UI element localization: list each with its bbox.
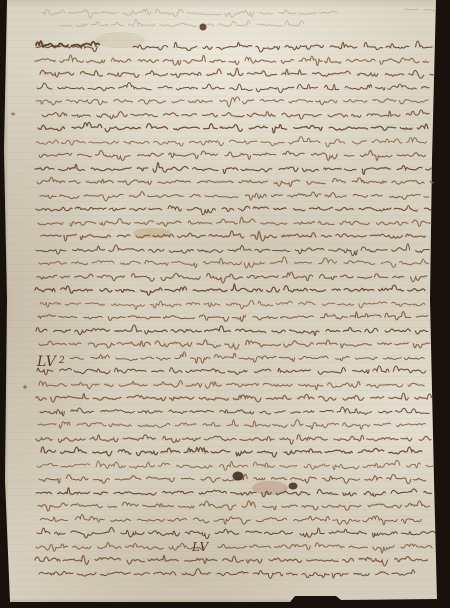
handwriting-line (37, 460, 434, 470)
faded-annotation-line (60, 20, 304, 27)
faded-annotation-line (405, 9, 435, 11)
handwriting-layer: LV2LV (0, 0, 450, 608)
handwriting-line (39, 150, 426, 160)
handwriting-line (36, 244, 429, 256)
handwriting-line (37, 177, 434, 186)
handwriting-line (36, 542, 432, 553)
handwriting-line (41, 447, 422, 457)
handwriting-line (35, 55, 429, 65)
handwriting-line (36, 97, 428, 107)
handwriting-line (38, 312, 428, 322)
handwriting-line (37, 272, 427, 283)
handwriting-line (38, 501, 430, 511)
handwriting-line (38, 217, 431, 226)
legible-fragment: 2 (58, 356, 66, 366)
handwriting-line (35, 555, 428, 565)
handwriting-line (38, 122, 428, 133)
handwriting-line (36, 325, 428, 335)
handwriting-line (70, 352, 424, 363)
handwriting-line (36, 206, 431, 215)
handwriting-line (42, 110, 429, 119)
handwriting-line (35, 284, 425, 295)
handwriting-line (39, 474, 426, 483)
handwriting-line (40, 192, 429, 201)
handwriting-line (36, 136, 427, 147)
ink-blot (289, 483, 298, 490)
opening-flourish (36, 41, 99, 47)
handwriting-line (38, 420, 425, 429)
handwriting-line (40, 68, 435, 78)
handwriting-line (39, 569, 415, 579)
ink-blot (233, 472, 244, 481)
handwriting-line (37, 366, 426, 375)
ink-blot (11, 112, 15, 115)
ink-blot (95, 32, 145, 48)
manuscript-scan: LV2LV (0, 0, 450, 608)
handwriting-line (36, 393, 432, 402)
handwriting-line (36, 488, 431, 497)
handwriting-line (40, 300, 425, 309)
legible-fragment: LV (191, 540, 210, 554)
handwriting-line (40, 407, 429, 416)
handwriting-line (36, 435, 431, 445)
handwriting-line (39, 381, 424, 390)
handwriting-line (39, 257, 428, 268)
handwriting-line (37, 528, 435, 539)
handwriting-line (35, 162, 431, 174)
ink-blot (200, 24, 207, 31)
handwriting-line (40, 515, 421, 525)
handwriting-line (41, 231, 425, 241)
handwriting-line (37, 83, 429, 93)
legible-fragment: LV (36, 354, 58, 370)
ink-blot (23, 385, 26, 388)
handwriting-line (39, 340, 430, 349)
faded-annotation-line (42, 9, 337, 18)
